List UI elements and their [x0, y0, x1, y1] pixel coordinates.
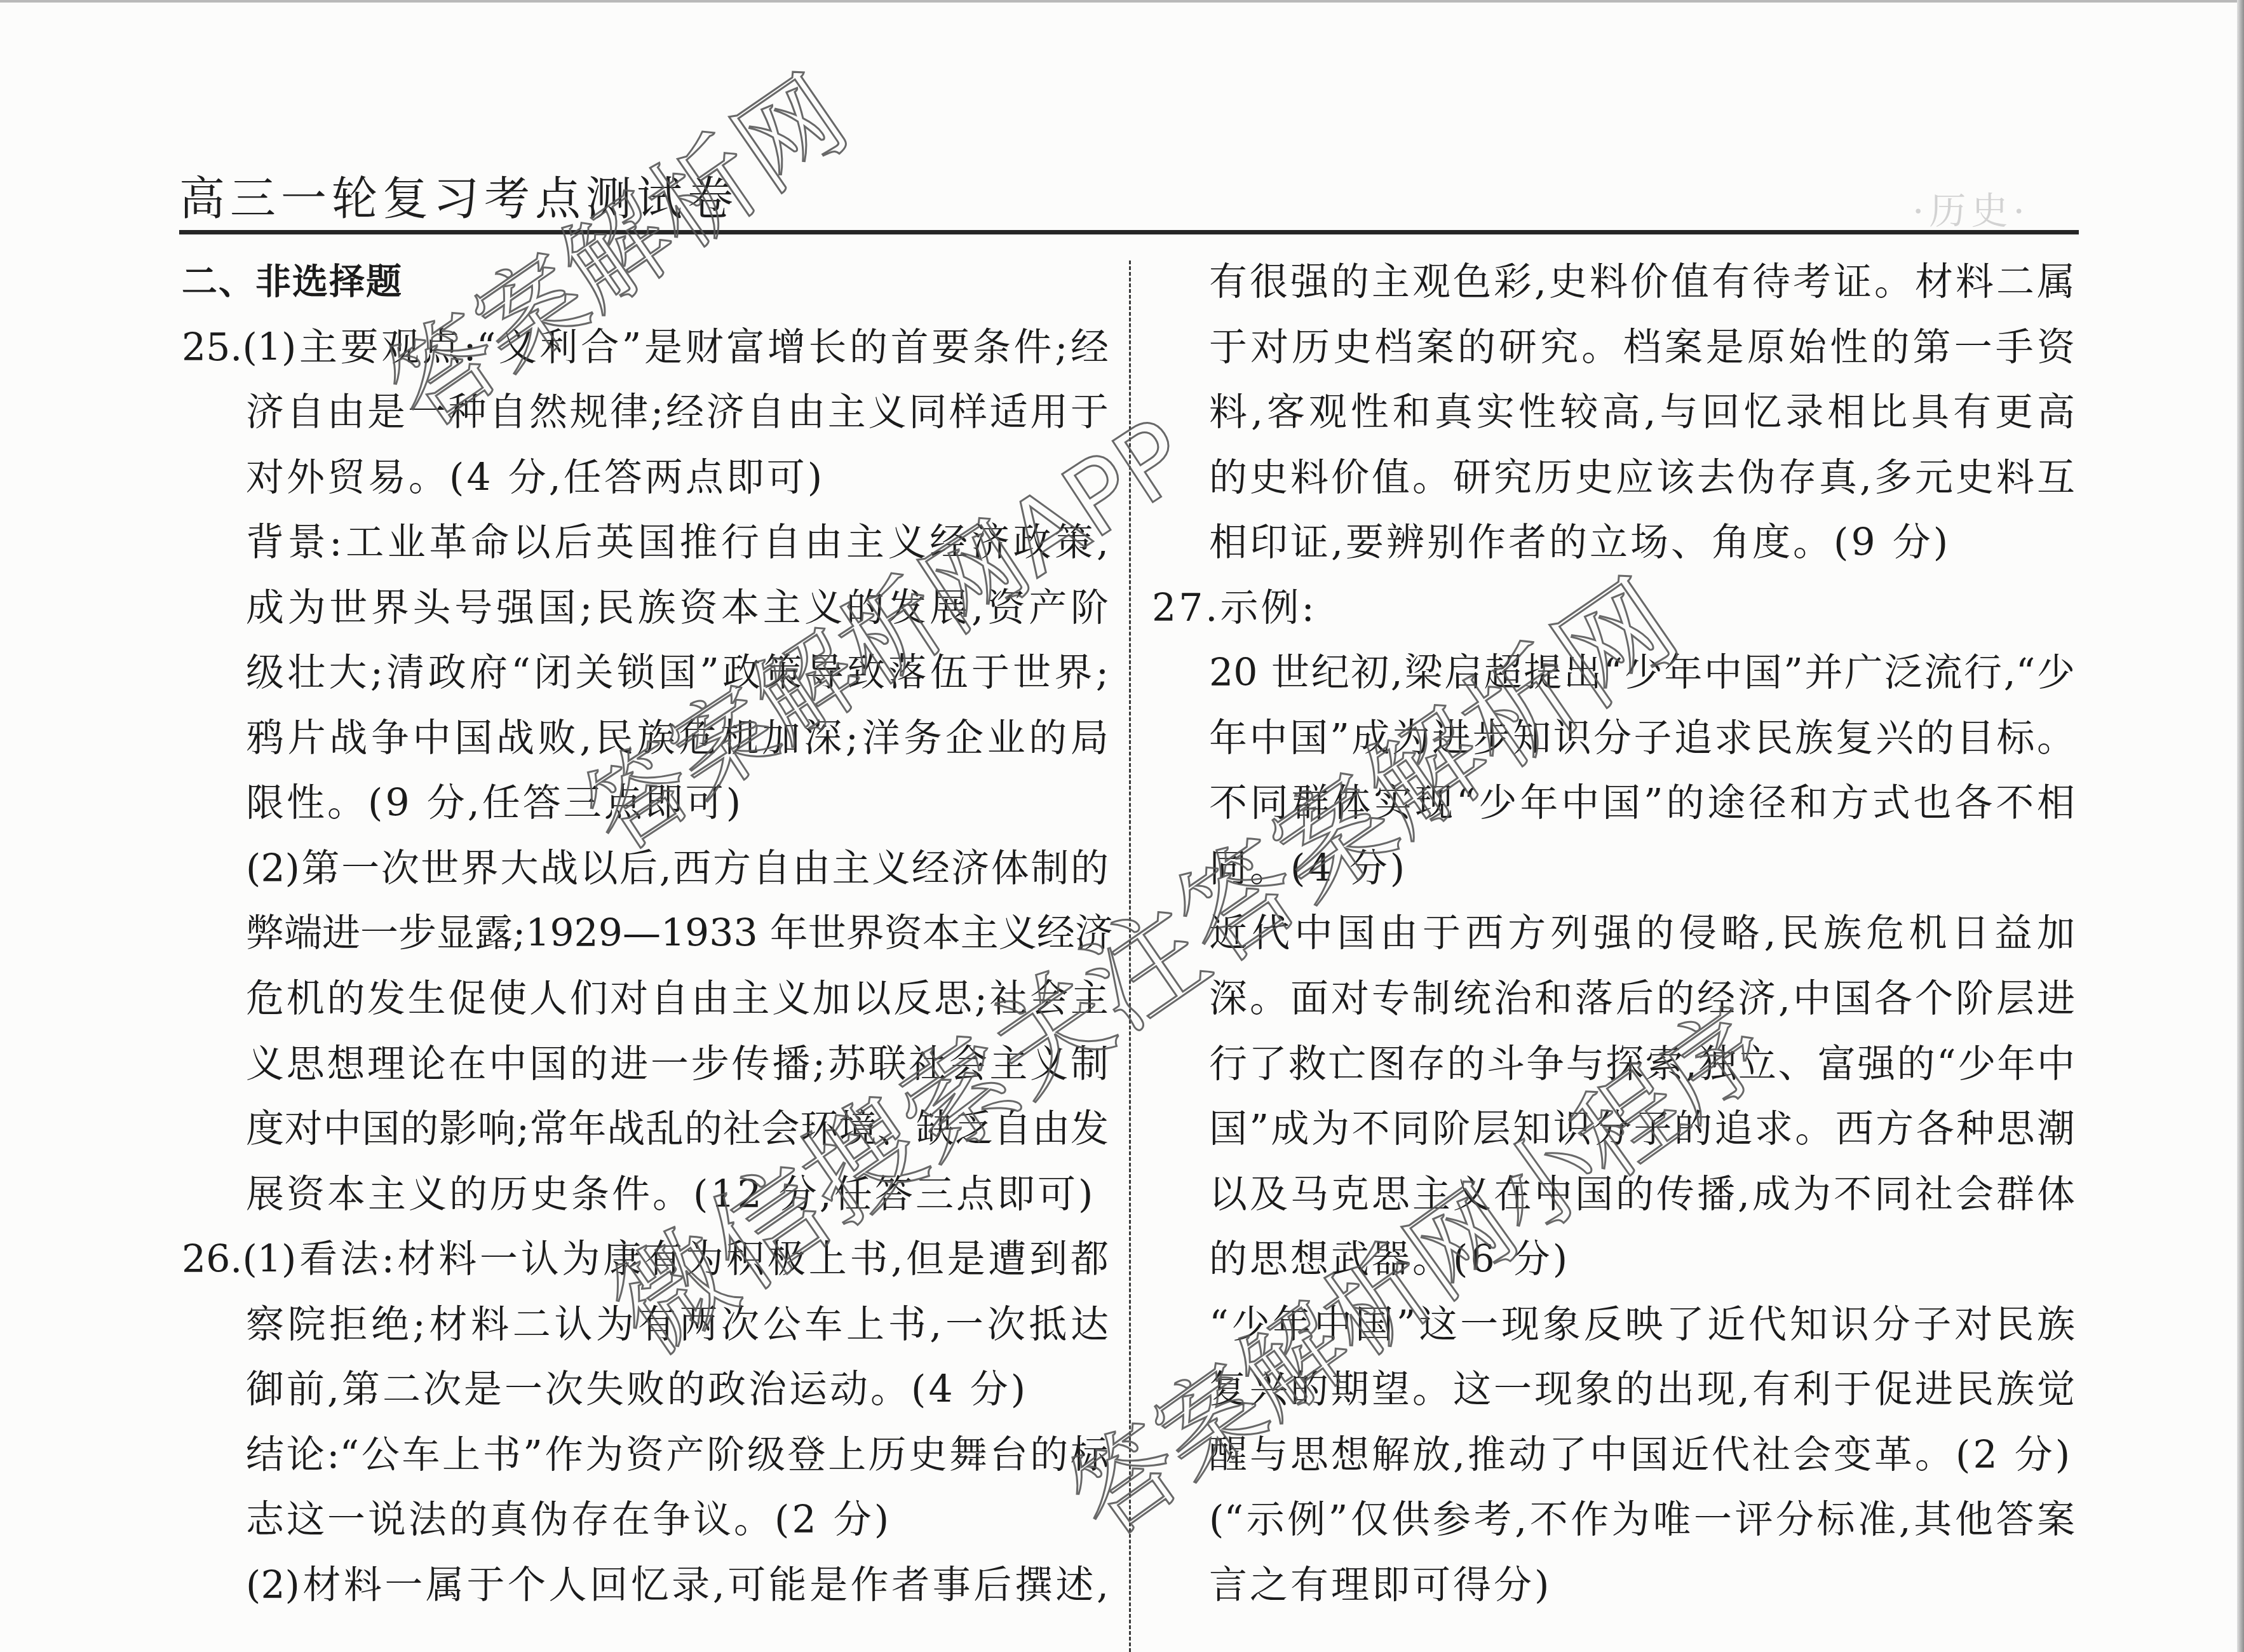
q27-example-line: 复兴的期望。这一现象的出现,有利于促进民族觉	[1209, 1357, 2075, 1423]
q25-part1-line: 济自由是一种自然规律;经济自由主义同样适用于	[246, 380, 1109, 445]
q26-view-line: 察院拒绝;材料二认为有两次公车上书,一次抵达	[246, 1292, 1109, 1358]
q25-part2-line: 弊端进一步显露;1929—1933 年世界资本主义经济	[246, 901, 1109, 966]
q26-part2-line: (2)材料一属于个人回忆录,可能是作者事后撰述,	[246, 1553, 1109, 1618]
q27-example-line: 醒与思想解放,推动了中国近代社会变革。(2 分)	[1209, 1423, 2075, 1488]
q26-part1-first-line: 26.(1)看法:材料一认为康有为积极上书,但是遭到都	[182, 1227, 1109, 1292]
q27-example-line: 的思想武器。(6 分)	[1209, 1227, 2075, 1292]
header-rule	[179, 230, 2079, 234]
q25-part2-line: 危机的发生促使人们对自由主义加以反思;社会主	[246, 966, 1109, 1032]
q25-background-line: 级壮大;清政府“闭关锁国”政策导致落伍于世界;	[246, 640, 1109, 706]
q27-example-line: 行了救亡图存的斗争与探索,独立、富强的“少年中	[1209, 1032, 2075, 1097]
q26-part2-line: 相印证,要辨别作者的立场、角度。(9 分)	[1209, 510, 2075, 576]
q26-view-line: 御前,第二次是一次失败的政治运动。(4 分)	[246, 1357, 1109, 1423]
q27-heading: 27.示例:	[1152, 576, 2075, 641]
q27-example-line: 深。面对专制统治和落后的经济,中国各个阶层进	[1209, 966, 2075, 1032]
q25-part2-line: 度对中国的影响;常年战乱的社会环境、缺乏自由发	[246, 1097, 1109, 1162]
q27-example-line: 20 世纪初,梁启超提出“少年中国”并广泛流行,“少	[1209, 640, 2075, 706]
q27-note-line: (“示例”仅供参考,不作为唯一评分标准,其他答案	[1209, 1487, 2075, 1553]
q27-note-line: 言之有理即可得分)	[1209, 1553, 2075, 1618]
q25-part2-line: 展资本主义的历史条件。(12 分,任答三点即可)	[246, 1162, 1109, 1228]
q26-conclusion-line: 志这一说法的真伪存在争议。(2 分)	[246, 1487, 1109, 1553]
column-divider	[1129, 261, 1131, 1652]
q25-background-line: 限性。(9 分,任答三点即可)	[246, 771, 1109, 836]
q27-example-line: 国”成为不同阶层知识分子的追求。西方各种思潮	[1209, 1097, 2075, 1162]
q27-example-line: 以及马克思主义在中国的传播,成为不同社会群体	[1209, 1162, 2075, 1228]
exam-answer-page: 高三一轮复习考点测试卷 ·历史· 二、非选择题 25.(1)主要观点:“义利合”…	[0, 0, 2244, 1652]
scan-right-edge	[2237, 0, 2244, 1652]
q26-conclusion-line: 结论:“公车上书”作为资产阶级登上历史舞台的标	[246, 1423, 1109, 1488]
q25-part1-line: 对外贸易。(4 分,任答两点即可)	[246, 445, 1109, 511]
q25-part2-line: 义思想理论在中国的进一步传播;苏联社会主义制	[246, 1032, 1109, 1097]
q27-example-line: 同。(4 分)	[1209, 836, 2075, 902]
q25-part2-line: (2)第一次世界大战以后,西方自由主义经济体制的	[246, 836, 1109, 902]
q25-background-line: 成为世界头号强国;民族资本主义的发展,资产阶	[246, 576, 1109, 641]
right-column: 有很强的主观色彩,史料价值有待考证。材料二属 于对历史档案的研究。档案是原始性的…	[1152, 250, 2075, 1618]
section-heading: 二、非选择题	[182, 250, 1109, 315]
scan-top-edge	[0, 0, 2244, 3]
q27-example-line: 近代中国由于西方列强的侵略,民族危机日益加	[1209, 901, 2075, 966]
q27-example-line: “少年中国”这一现象反映了近代知识分子对民族	[1209, 1292, 2075, 1358]
q27-example-line: 年中国”成为进步知识分子追求民族复兴的目标。	[1209, 706, 2075, 771]
q26-part2-line: 料,客观性和真实性较高,与回忆录相比具有更高	[1209, 380, 2075, 445]
q25-background-line: 背景:工业革命以后英国推行自由主义经济政策,	[246, 510, 1109, 576]
subject-header-bleed: ·历史·	[1912, 191, 2030, 231]
q25-background-line: 鸦片战争中国战败,民族危机加深;洋务企业的局	[246, 706, 1109, 771]
q26-part2-line: 的史料价值。研究历史应该去伪存真,多元史料互	[1209, 445, 2075, 511]
q25-part1-first-line: 25.(1)主要观点:“义利合”是财富增长的首要条件;经	[182, 315, 1109, 381]
q26-part2-line: 有很强的主观色彩,史料价值有待考证。材料二属	[1209, 250, 2075, 315]
q27-example-line: 不同群体实现“少年中国”的途径和方式也各不相	[1209, 771, 2075, 836]
left-column: 二、非选择题 25.(1)主要观点:“义利合”是财富增长的首要条件;经 济自由是…	[182, 250, 1109, 1618]
q26-part2-line: 于对历史档案的研究。档案是原始性的第一手资	[1209, 315, 2075, 381]
page-title: 高三一轮复习考点测试卷	[179, 172, 738, 225]
